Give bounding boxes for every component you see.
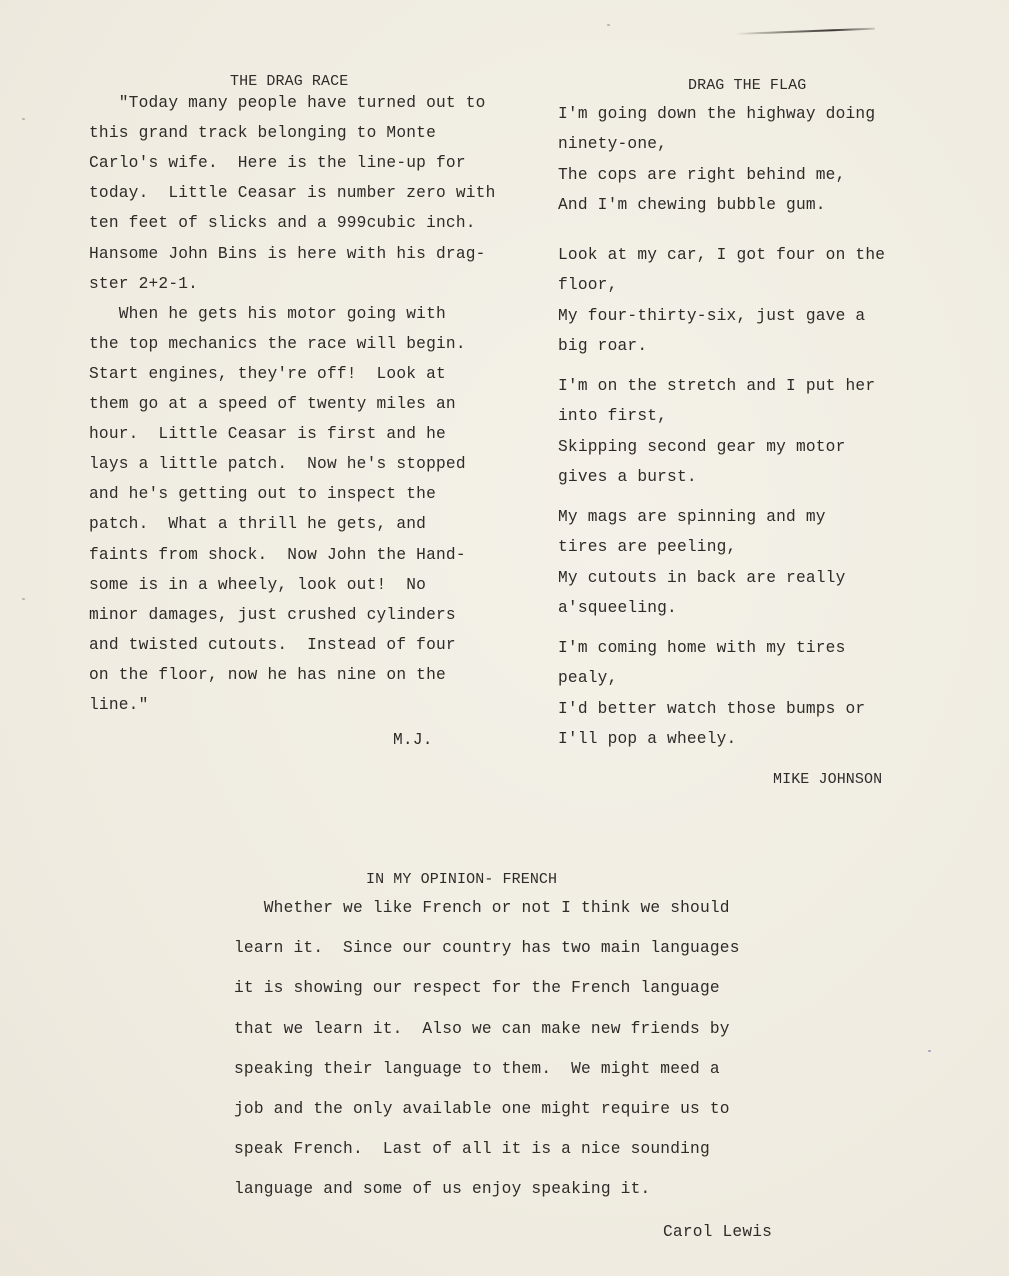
text-line: them go at a speed of twenty miles an [89, 395, 456, 413]
text-line: language and some of us enjoy speaking i… [234, 1180, 650, 1198]
text-line: The cops are right behind me, [558, 166, 846, 184]
article-author: Carol Lewis [663, 1223, 772, 1241]
text-line: line." [89, 696, 149, 714]
text-line: and twisted cutouts. Instead of four [89, 636, 456, 654]
text-line: Hansome John Bins is here with his drag- [89, 245, 486, 263]
text-line: floor, [558, 276, 618, 294]
text-line: I'm going down the highway doing [558, 105, 875, 123]
poem-author: MIKE JOHNSON [773, 771, 882, 788]
text-line: faints from shock. Now John the Hand- [89, 546, 466, 564]
paper-speck [928, 1050, 931, 1052]
text-line: job and the only available one might req… [234, 1100, 730, 1118]
pen-mark [735, 28, 875, 35]
text-line: When he gets his motor going with [89, 305, 446, 323]
text-line: patch. What a thrill he gets, and [89, 515, 426, 533]
text-line: today. Little Ceasar is number zero with [89, 184, 495, 202]
paper-speck [607, 24, 610, 26]
poem-title: DRAG THE FLAG [688, 77, 806, 94]
text-line: tires are peeling, [558, 538, 736, 556]
typed-page: THE DRAG RACE "Today many people have tu… [0, 0, 1009, 1276]
text-line: into first, [558, 407, 667, 425]
text-line: "Today many people have turned out to [89, 94, 486, 112]
text-line: Look at my car, I got four on the [558, 246, 885, 264]
paper-speck [22, 118, 25, 120]
text-line: ten feet of slicks and a 999cubic inch. [89, 214, 476, 232]
text-line: Start engines, they're off! Look at [89, 365, 446, 383]
text-line: I'm coming home with my tires [558, 639, 846, 657]
text-line: gives a burst. [558, 468, 697, 486]
text-line: it is showing our respect for the French… [234, 979, 720, 997]
text-line: And I'm chewing bubble gum. [558, 196, 826, 214]
text-line: big roar. [558, 337, 647, 355]
text-line: pealy, [558, 669, 618, 687]
text-line: My mags are spinning and my [558, 508, 826, 526]
text-line: speaking their language to them. We migh… [234, 1060, 720, 1078]
text-line: Whether we like French or not I think we… [234, 899, 730, 917]
text-line: some is in a wheely, look out! No [89, 576, 426, 594]
text-line: on the floor, now he has nine on the [89, 666, 446, 684]
text-line: ster 2+2-1. [89, 275, 198, 293]
text-line: the top mechanics the race will begin. [89, 335, 466, 353]
text-line: that we learn it. Also we can make new f… [234, 1020, 730, 1038]
text-line: My cutouts in back are really [558, 569, 846, 587]
text-line: I'll pop a wheely. [558, 730, 736, 748]
text-line: ninety-one, [558, 135, 667, 153]
text-line: lays a little patch. Now he's stopped [89, 455, 466, 473]
article-title: IN MY OPINION- FRENCH [366, 871, 557, 888]
text-line: and he's getting out to inspect the [89, 485, 436, 503]
article-title: THE DRAG RACE [230, 73, 348, 90]
text-line: I'm on the stretch and I put her [558, 377, 875, 395]
article-author: M.J. [393, 731, 433, 749]
text-line: learn it. Since our country has two main… [234, 939, 740, 957]
text-line: minor damages, just crushed cylinders [89, 606, 456, 624]
paper-speck [22, 598, 25, 600]
text-line: I'd better watch those bumps or [558, 700, 865, 718]
text-line: Carlo's wife. Here is the line-up for [89, 154, 466, 172]
text-line: My four-thirty-six, just gave a [558, 307, 865, 325]
text-line: hour. Little Ceasar is first and he [89, 425, 446, 443]
text-line: this grand track belonging to Monte [89, 124, 436, 142]
text-line: Skipping second gear my motor [558, 438, 846, 456]
text-line: a'squeeling. [558, 599, 677, 617]
text-line: speak French. Last of all it is a nice s… [234, 1140, 710, 1158]
